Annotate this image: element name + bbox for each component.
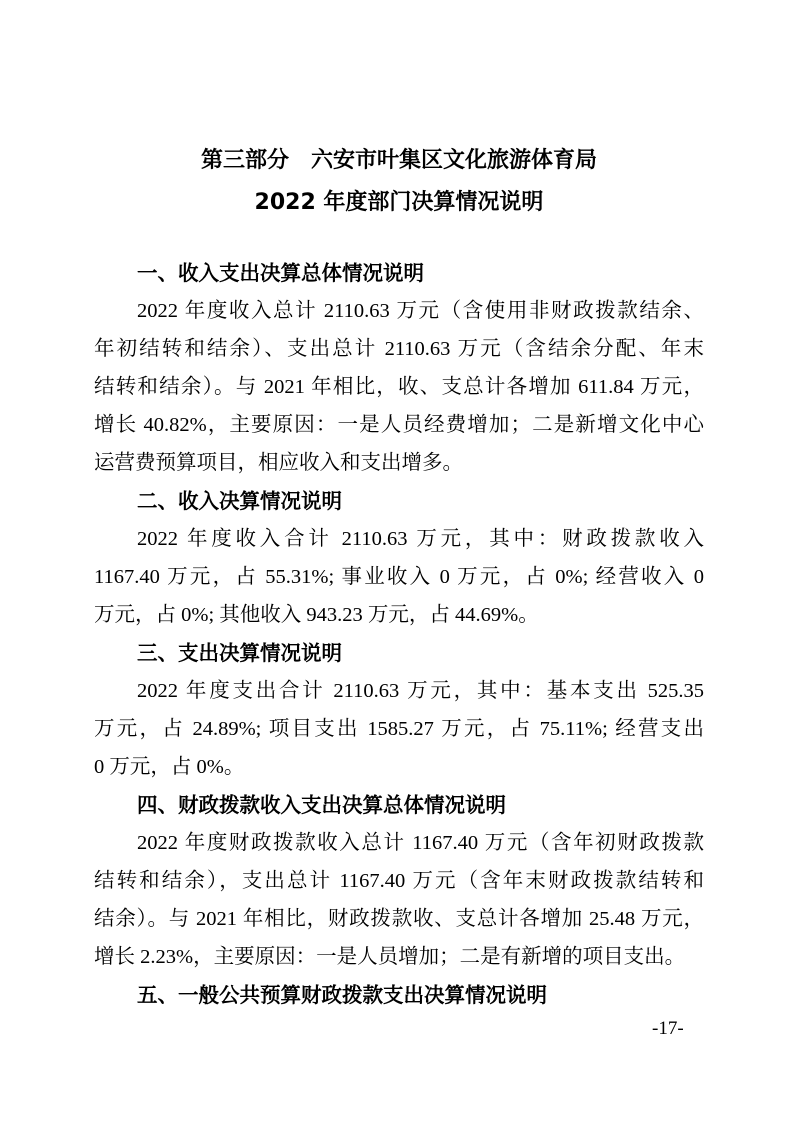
paragraph-line: 增长 2.23%，主要原因：一是人员增加；二是有新增的项目支出。 — [94, 938, 704, 976]
title-line-1: 第三部分 六安市叶集区文化旅游体育局 — [94, 140, 704, 182]
section-4-heading: 四、财政拨款收入支出决算总体情况说明 — [94, 786, 704, 824]
section-1-heading: 一、收入支出决算总体情况说明 — [94, 254, 704, 292]
title-line-2: 2022 年度部门决算情况说明 — [94, 182, 704, 224]
paragraph-line: 运营费预算项目，相应收入和支出增多。 — [94, 444, 704, 482]
paragraph-line: 增长 40.82%，主要原因：一是人员经费增加；二是新增文化中心 — [94, 406, 704, 444]
section-3-heading: 三、支出决算情况说明 — [94, 634, 704, 672]
paragraph-line: 万元，占 0%; 其他收入 943.23 万元，占 44.69%。 — [94, 596, 704, 634]
section-2-heading: 二、收入决算情况说明 — [94, 482, 704, 520]
paragraph-line: 0 万元，占 0%。 — [94, 748, 704, 786]
paragraph-line: 结转和结余）。与 2021 年相比，收、支总计各增加 611.84 万元， — [94, 368, 704, 406]
paragraph-line: 1167.40 万元，占 55.31%; 事业收入 0 万元，占 0%; 经营收… — [94, 558, 704, 596]
paragraph-line: 年初结转和结余）、支出总计 2110.63 万元（含结余分配、年末 — [94, 330, 704, 368]
document-body: 一、收入支出决算总体情况说明 2022 年度收入总计 2110.63 万元（含使… — [94, 254, 704, 1014]
section-5-heading: 五、一般公共预算财政拨款支出决算情况说明 — [94, 976, 704, 1014]
paragraph-line: 2022 年度收入总计 2110.63 万元（含使用非财政拨款结余、 — [94, 292, 704, 330]
document-page: 第三部分 六安市叶集区文化旅游体育局 2022 年度部门决算情况说明 一、收入支… — [0, 0, 793, 1122]
paragraph-line: 万元，占 24.89%; 项目支出 1585.27 万元，占 75.11%; 经… — [94, 710, 704, 748]
document-content: 第三部分 六安市叶集区文化旅游体育局 2022 年度部门决算情况说明 一、收入支… — [94, 140, 704, 1014]
page-number: -17- — [652, 1018, 684, 1040]
paragraph-line: 结转和结余），支出总计 1167.40 万元（含年末财政拨款结转和 — [94, 862, 704, 900]
paragraph-line: 2022 年度收入合计 2110.63 万元，其中：财政拨款收入 — [94, 520, 704, 558]
document-title: 第三部分 六安市叶集区文化旅游体育局 2022 年度部门决算情况说明 — [94, 140, 704, 224]
paragraph-line: 2022 年度财政拨款收入总计 1167.40 万元（含年初财政拨款 — [94, 824, 704, 862]
paragraph-line: 结余）。与 2021 年相比，财政拨款收、支总计各增加 25.48 万元， — [94, 900, 704, 938]
paragraph-line: 2022 年度支出合计 2110.63 万元，其中：基本支出 525.35 — [94, 672, 704, 710]
